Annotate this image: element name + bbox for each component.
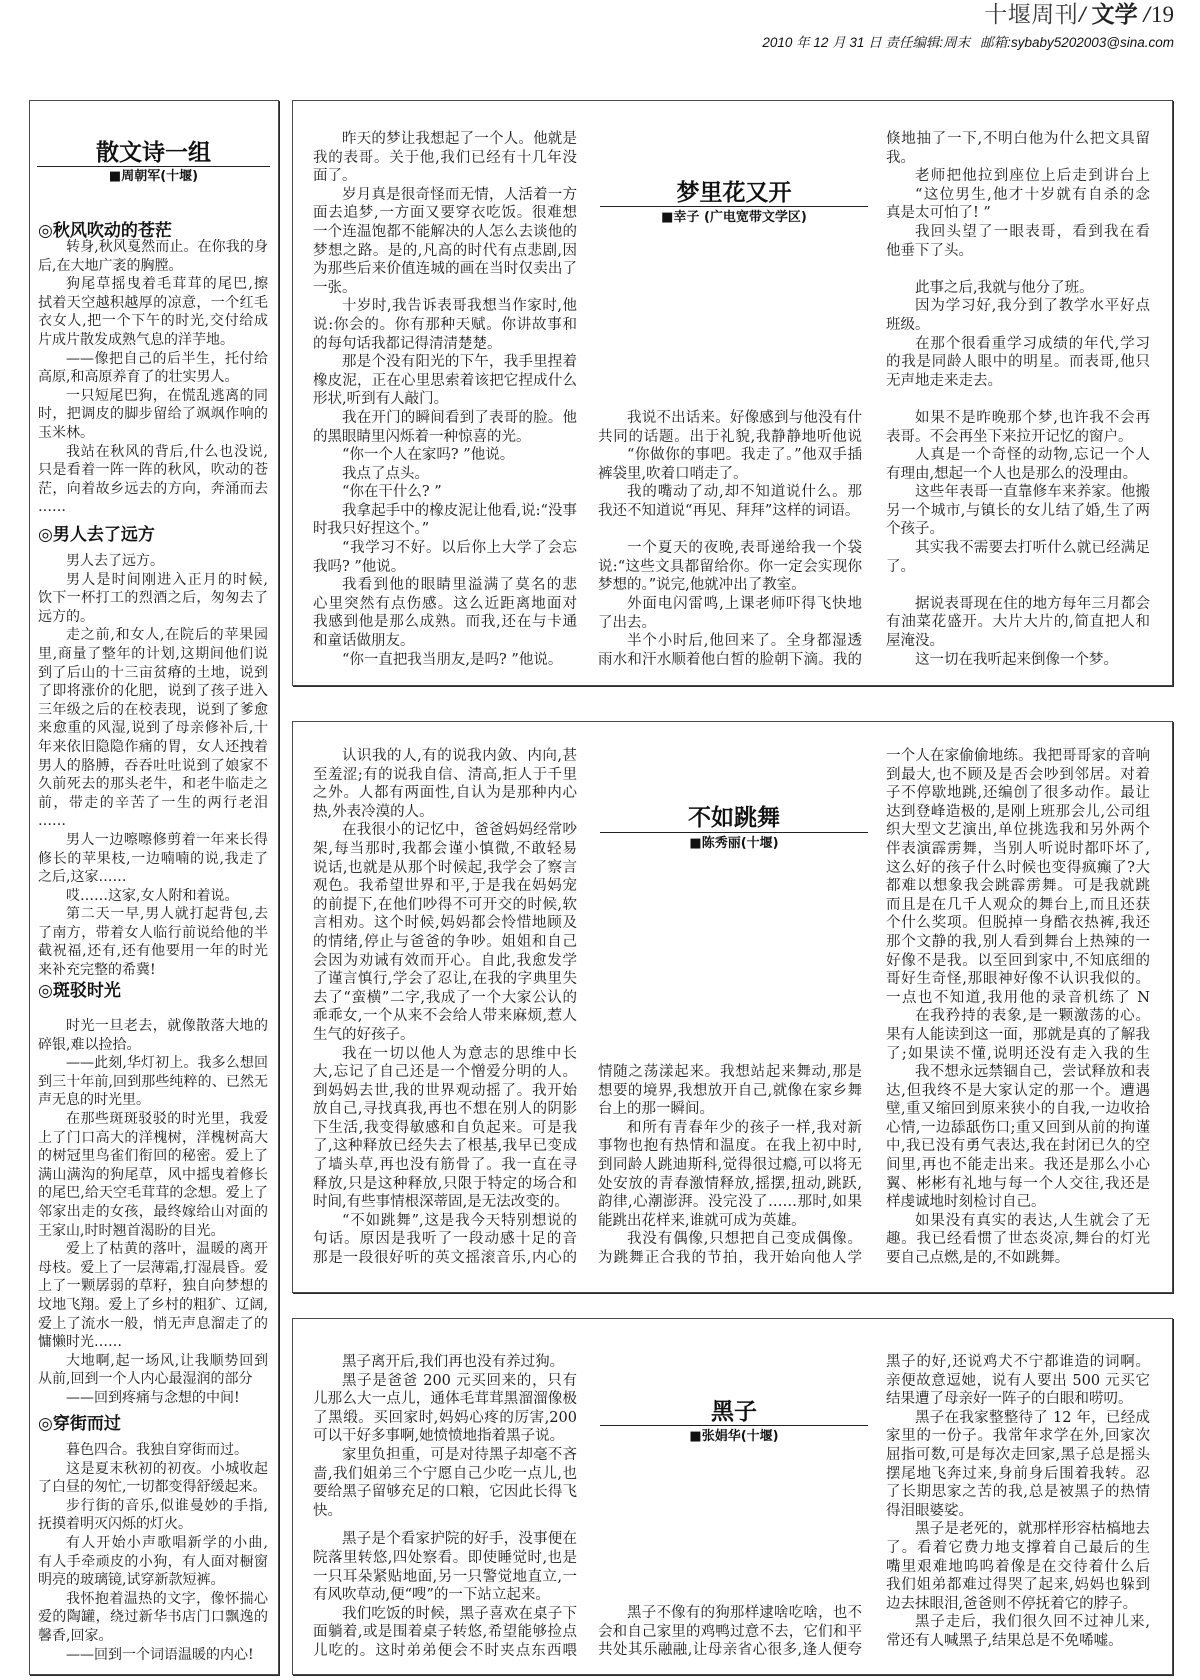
text-line: 得泪眼婆娑。 <box>886 1502 1150 1521</box>
paragraph: 我看到他的眼睛里溢满了莫名的悲伤。心里突然有点伤感。这么近距离地面对他,我感到他… <box>313 576 577 650</box>
text-line: 黑子走后，我们很久回不过神儿来,常 <box>886 1613 1150 1632</box>
paragraph: 因为学习好,我分到了教学水平好点的班级。 <box>886 297 1150 334</box>
paragraph: “你做你的事吧。我走了。”他双手插进裤袋里,吹着口哨走了。 <box>598 446 862 483</box>
text-line: 的树冠里鸟雀们衔回的秘密。爱上了 <box>38 1147 268 1166</box>
paragraph: “你在干什么? ” <box>313 483 577 502</box>
text-line: 那个文静的我,别人看到舞台上热辣的一面 <box>886 933 1150 952</box>
text-line: 的情绪,停止与爸爸的争吵。姐姐和自己也 <box>313 933 577 952</box>
paragraph: 其实我不需要去打听什么就已经满足了。 <box>886 539 1150 576</box>
paragraph: 此事之后,我就与他分了班。 <box>886 279 1150 298</box>
text-line: 裤袋里,吹着口哨走了。 <box>598 465 862 484</box>
text-line: 嘴里艰难地呜呜着像是在交待着什么后事, <box>886 1558 1150 1577</box>
text-line: 摆尾地飞奔过来,身前身后围着我转。忍受 <box>886 1465 1150 1484</box>
text-line: 半个小时后,他回来了。全身都湿透了。 <box>598 632 862 651</box>
text-line: 人真是一个奇怪的动物,忘记一个人没 <box>886 446 1150 465</box>
text-line: 屋淹没。 <box>886 632 1150 651</box>
title-rule <box>600 1425 868 1426</box>
text-line: 时间,有些事情根深蒂固,是无法改变的。 <box>313 1193 577 1212</box>
text-line: 到妈妈去世,我的世界观动摇了。我开始释 <box>313 1082 577 1101</box>
text-line: 了南方，带着女人临行前说给他的半 <box>38 924 268 943</box>
text-line: 黑子在我家整整待了 12 年，已经成了 <box>886 1409 1150 1428</box>
text-line: 会因为劝诫有效而开心。自此,我愈发学会 <box>313 952 577 971</box>
text-line: ——回到一个词语温暖的内心! <box>38 1646 268 1665</box>
paragraph: 在我矜持的表象,是一颗激荡的心。如果有人能读到这一面，那就是真的了解我了;如果读… <box>886 1007 1150 1063</box>
text-line: 无声地走来走去。 <box>886 372 1150 391</box>
text-line: 常还有人喊黑子,结果总是不免唏嘘。 <box>886 1632 1150 1651</box>
paragraph: 时光一旦老去，就像散落大地的碎银,难以捡拾。 <box>38 1017 268 1054</box>
text-line: 心情,一边舔舐伤口;重又回到从前的拘谨 <box>886 1119 1150 1138</box>
text-line: 架,每当那时,我都会谨小慎微,不敢轻易 <box>313 840 577 859</box>
article-byline: ■幸子 (广电宽带文学区) <box>600 209 868 226</box>
text-line: 了。看着它费力地支撑着自己最后的生命, <box>886 1539 1150 1558</box>
paragraph: 我在开门的瞬间看到了表哥的脸。他的黑眼睛里闪烁着一种惊喜的光。 <box>313 409 577 446</box>
paragraph: 黑子是老死的，就那样形容枯槁地去了。看着它费力地支撑着自己最后的生命,嘴里艰难地… <box>886 1520 1150 1613</box>
text-line: 我回头望了一眼表哥，看到我在看他, <box>886 223 1150 242</box>
text-line: 因为学习好,我分到了教学水平好点的 <box>886 297 1150 316</box>
text-line: 了即将涨价的化肥，说到了孩子进入 <box>38 682 268 701</box>
paragraph: 黑子是个看家护院的好手，没事便在院落里转悠,四处察看。即使睡觉时,也是一只耳朵紧… <box>313 1530 577 1604</box>
text-line: 了长期思家之苦的我,总是被黑子的热情弄 <box>886 1483 1150 1502</box>
section-heading: ◎男人去了远方 <box>38 525 268 545</box>
text-line: 为跳舞正合我的节拍，我开始向他人学习, <box>598 1249 862 1268</box>
text-line: 句话。原因是我听了一段动感十足的音乐, <box>313 1230 577 1249</box>
text-line: 而且是在几千人观众的舞台上,而且还获得 <box>886 896 1150 915</box>
text-line: 声无息的时光里。 <box>38 1091 268 1110</box>
text-line: 这一切在我听起来倒像一个梦。 <box>886 651 1150 670</box>
separator: / <box>1079 2 1085 27</box>
paragraph: 男人一边嚓嚓修剪着一年来长得修长的苹果枝,一边喃喃的说,我走了之后,这家…… <box>38 831 268 887</box>
text-line: 事物也抱有热情和温度。在我上初中时,看 <box>598 1137 862 1156</box>
text-line: 玉米林。 <box>38 424 268 443</box>
paragraph: 岁月真是很奇怪而无情，人活着一方面去追梦,一方面又要穿衣吃饭。很难想象一个连温饱… <box>313 186 577 298</box>
paragraph: 在我很小的记忆中，爸爸妈妈经常吵架,每当那时,我都会谨小慎微,不敢轻易说话,也就… <box>313 821 577 1044</box>
text-line: 我。 <box>886 149 1150 168</box>
text-line: 据说表哥现在住的地方每年三月都会 <box>886 595 1150 614</box>
text-line: 从前,回到一个人内心最湿润的部分 <box>38 1370 268 1389</box>
text-line: 去了“蛮横”二字,我成了一个大家公认的 <box>313 989 577 1008</box>
text-line: 倏地抽了一下,不明白他为什么把文具留给 <box>886 130 1150 149</box>
text-line: 上了门口高大的洋槐树，洋槐树高大 <box>38 1129 268 1148</box>
text-line: 修长的苹果枝,一边喃喃的说,我走了 <box>38 850 268 869</box>
text-line: 儿那么大一点儿，通体毛茸茸黑溜溜像极 <box>313 1390 577 1409</box>
text-line: 后,在大地广袤的胸膛。 <box>38 257 268 276</box>
text-line: 十岁时,我告诉表哥我想当作家时,他 <box>313 297 577 316</box>
text-line: 边去抹眼泪,爸爸则不停抚着它的脖子。 <box>886 1595 1150 1614</box>
text-line: 岁月真是很奇怪而无情，人活着一方 <box>313 186 577 205</box>
text-line: 要自己点燃,是的,不如跳舞。 <box>886 1249 1150 1268</box>
text-line: 一个人在家偷偷地练。我把哥哥家的音响开 <box>886 747 1150 766</box>
paragraph: 我回头望了一眼表哥，看到我在看他,他垂下了头。 <box>886 223 1150 260</box>
text-line: 热,外表冷漠的人。 <box>313 803 577 822</box>
text-column: 认识我的人,有的说我内敛、内向,甚至羞涩;有的说我自信、清高,拒人于千里之外。人… <box>313 747 577 1268</box>
text-line: 啬,我们姐弟三个宁愿自己少吃一点儿,也 <box>313 1465 577 1484</box>
text-line: 说:你会的。你有那种天赋。你讲故事和说 <box>313 316 577 335</box>
text-line: 我的嘴动了动,却不知道说什么。那时 <box>598 483 862 502</box>
text-line: 有人开始小声歌唱新学的小曲, <box>38 1534 268 1553</box>
text-line: 步行街的音乐,似谁曼妙的手指, <box>38 1497 268 1516</box>
text-line: 饮下一杯打工的烈酒之后，匆匆去了 <box>38 589 268 608</box>
text-line: 橡皮泥，正在心里思索着该把它捏成什么 <box>313 372 577 391</box>
text-line: 只是看着一阵一阵的秋风，吹动的苍 <box>38 461 268 480</box>
text-line: 一只耳朵紧贴地面,另一只警觉地直立,一 <box>313 1568 577 1587</box>
text-line: 满山满沟的狗尾草，风中摇曳着修长 <box>38 1166 268 1185</box>
text-line: 我吗? ”他说。 <box>313 558 577 577</box>
article-title: 黑子 <box>600 1398 868 1425</box>
text-line: 来愈重的风湿,说到了母亲修补后,十 <box>38 719 268 738</box>
publication-name: 十堰周刊 <box>984 2 1078 27</box>
text-line: 男人的胳膊，吞吞吐吐说到了娘家不 <box>38 757 268 776</box>
paragraph: 我拿起手中的橡皮泥让他看,说:“没事时我只好捏这个。” <box>313 502 577 539</box>
text-line: 来补充完整的希冀! <box>38 961 268 980</box>
text-line: 老师把他拉到座位上后走到讲台上说: <box>886 167 1150 186</box>
title-rule <box>600 832 868 833</box>
text-line: 间里,再也不能走出来。我还是那么小心翼 <box>886 1156 1150 1175</box>
paragraph: 外面电闪雷鸣,上课老师吓得飞快地追了出去。 <box>598 595 862 632</box>
text-line: 时我只好捏这个。” <box>313 520 577 539</box>
text-line: 到同龄人跳迪斯科,觉得很过瘾,可以将无 <box>598 1156 862 1175</box>
text-line: …… <box>38 498 268 517</box>
text-line: 情随之荡漾起来。我想站起来舞动,那是我 <box>598 1063 862 1082</box>
paragraph: 认识我的人,有的说我内敛、内向,甚至羞涩;有的说我自信、清高,拒人于千里之外。人… <box>313 747 577 821</box>
email-address: sybaby5202003@sina.com <box>1011 35 1174 50</box>
article-title: 梦里花又开 <box>600 179 868 206</box>
text-line: 一个夏天的夜晚,表哥递给我一个袋子 <box>598 539 862 558</box>
text-line: 的每句话我都记得清清楚楚。 <box>313 335 577 354</box>
text-line: 面躺着,或是围着桌子转悠,希望能够捡点 <box>313 1623 577 1642</box>
paragraph: 老师把他拉到座位上后走到讲台上说: <box>886 167 1150 186</box>
paragraph: 大地啊,起一场风,让我顺势回到从前,回到一个人内心最湿润的部分 <box>38 1352 268 1389</box>
text-line: 生气的好孩子。 <box>313 1026 577 1045</box>
text-line: 雨水和汗水顺着他白皙的脸朝下滴。我的心 <box>598 651 862 670</box>
paragraph: 黑子在我家整整待了 12 年，已经成了家里的一份子。我常年求学在外,回家次数屈指… <box>886 1409 1150 1521</box>
text-line: 如果不是昨晚那个梦,也许我不会再提 <box>886 409 1150 428</box>
text-column: 一个人在家偷偷地练。我把哥哥家的音响开到最大,也不顾及是否会吵到邻居。对着镜子不… <box>886 747 1150 1268</box>
paragraph: 我们吃饭的时候，黑子喜欢在桌子下面躺着,或是围着桌子转悠,希望能够捡点儿吃的。这… <box>313 1605 577 1661</box>
text-line: 个什么奖项。但脱掉一身酷衣热裤,我还是 <box>886 914 1150 933</box>
text-line: 共同的话题。出于礼貌,我静静地听他说话。 <box>598 428 862 447</box>
paragraph: 一个人在家偷偷地练。我把哥哥家的音响开到最大,也不顾及是否会吵到邻居。对着镜子不… <box>886 747 1150 1007</box>
text-line: 梦想之路。是的,凡高的时代有点悲剧,因 <box>313 242 577 261</box>
text-line: 大地啊,起一场风,让我顺势回到 <box>38 1352 268 1371</box>
text-line: 我们吃饭的时候，黑子喜欢在桌子下 <box>313 1605 577 1624</box>
text-line: 邻家出走的女孩，最终嫁给山对面的 <box>38 1203 268 1222</box>
text-line: ——回到疼痛与念想的中间! <box>38 1389 268 1408</box>
paragraph: 黑子的好,还说鸡犬不宁都谁造的词啊。父亲便故意逗她，说有人要出 500 元买它啊… <box>886 1353 1150 1409</box>
text-column: 昨天的梦让我想起了一个人。他就是我的表哥。关于他,我们已经有十几年没见面了。岁月… <box>313 130 577 669</box>
text-line: 之外。人都有两面性,自认为是那种内心火 <box>313 784 577 803</box>
text-line: 形状,听到有人敲门。 <box>313 390 577 409</box>
text-line: 了出去。 <box>598 614 862 633</box>
section-body: 暮色四合。我独自穿街而过。这是夏末秋初的初夜。小城收起了白昼的匆忙,一切都变得舒… <box>38 1441 268 1664</box>
section-body: 男人去了远方。男人是时间刚进入正月的时候,饮下一杯打工的烈酒之后，匆匆去了远方的… <box>38 552 268 980</box>
text-line: 要给黑子留够充足的口粮，它因此长得飞 <box>313 1483 577 1502</box>
article-title: 不如跳舞 <box>600 804 868 831</box>
text-line: “这位男生,他才十岁就有自杀的念头。 <box>886 186 1150 205</box>
text-line: 的尾巴,给天空毛茸茸的念想。爱上了 <box>38 1184 268 1203</box>
text-line: 黑子离开后,我们再也没有养过狗。 <box>313 1353 577 1372</box>
text-line: 能跳出花样来,谁就可成为英雄。 <box>598 1212 862 1231</box>
paragraph: ——此刻,华灯初上。我多么想回到三十年前,回到那些纯粹的、已然无声无息的时光里。 <box>38 1054 268 1110</box>
paragraph: 黑子离开后,我们再也没有养过狗。 <box>313 1353 577 1372</box>
text-line: 了谨言慎行,学会了忍让,在我的字典里失 <box>313 970 577 989</box>
text-line: 我拿起手中的橡皮泥让他看,说:“没事 <box>313 502 577 521</box>
text-line: 之后,这家…… <box>38 868 268 887</box>
paragraph: “你一个人在家吗? ”他说。 <box>313 446 577 465</box>
paragraph-gap <box>598 521 862 540</box>
text-line: 的黑眼睛里闪烁着一种惊喜的光。 <box>313 428 577 447</box>
section-heading: ◎斑驳时光 <box>38 981 268 1001</box>
text-line: 乖乖女,一个从来不会给人带来麻烦,惹人 <box>313 1007 577 1026</box>
text-line: 爱的陶罐，绕过新华书店门口飘逸的 <box>38 1608 268 1627</box>
paragraph: 步行街的音乐,似谁曼妙的手指,抚摸着明灭闪烁的灯火。 <box>38 1497 268 1534</box>
text-line: “你在干什么? ” <box>313 483 577 502</box>
text-line: 我站在秋风的背后,什么也没说, <box>38 443 268 462</box>
paragraph: 如果没有真实的表达,人生就会了无生趣。我已经看惯了世态炎凉,舞台的灯光需要自己点… <box>886 1212 1150 1268</box>
text-line: 衣女人,把一个下午的时光,交付给成 <box>38 312 268 331</box>
paragraph: 黑子不像有的狗那样逮啥吃啥，也不会和自己家里的鸡鸭过意不去，它们和平共处其乐融融… <box>598 1604 862 1660</box>
text-line: 走之前,和女人,在院后的苹果园 <box>38 626 268 645</box>
text-line: 在我矜持的表象,是一颗激荡的心。如 <box>886 1007 1150 1026</box>
paragraph: 我不想永远禁锢自己，尝试释放和表达,但我终不是大家认定的那一个。遭遇碰壁,重又缩… <box>886 1063 1150 1212</box>
paragraph: 我没有偶像,只想把自己变成偶像。因为跳舞正合我的节拍，我开始向他人学习, <box>598 1230 862 1267</box>
paragraph-gap <box>313 1520 577 1530</box>
paragraph: ——像把自己的后半生，托付给高原,和高原养育了的壮实男人。 <box>38 350 268 387</box>
text-line: 拭着天空越积越厚的凉意，一个红毛 <box>38 294 268 313</box>
section-body: 转身,秋风戛然而止。在你我的身后,在大地广袤的胸膛。狗尾草摇曳着毛茸茸的尾巴,擦… <box>38 238 268 517</box>
text-line: 碎银,难以捡拾。 <box>38 1036 268 1055</box>
text-line: 我还不知道说“再见、拜拜”这样的词语。 <box>598 502 862 521</box>
article-byline: ■陈秀丽(十堰) <box>600 835 868 852</box>
paragraph: 爱上了枯黄的落叶，温暖的离开母枝。爱上了一层薄霜,打湿晨昏。爱上了一颗孱弱的草籽… <box>38 1240 268 1352</box>
paragraph: 在那些斑斑驳驳的时光里，我爱上了门口高大的洋槐树，洋槐树高大的树冠里鸟雀们衔回的… <box>38 1110 268 1240</box>
text-column: 倏地抽了一下,不明白他为什么把文具留给我。老师把他拉到座位上后走到讲台上说:“这… <box>886 130 1150 669</box>
text-line: 我在开门的瞬间看到了表哥的脸。他 <box>313 409 577 428</box>
paragraph: 如果不是昨晚那个梦,也许我不会再提表哥。不会再坐下来拉开记忆的窗户。 <box>886 409 1150 446</box>
text-line: 面了。 <box>313 167 577 186</box>
text-line: 到最大,也不顾及是否会吵到邻居。对着镜 <box>886 766 1150 785</box>
text-line: “你做你的事吧。我走了。”他双手插进 <box>598 446 862 465</box>
paragraph: 一只短尾巴狗，在慌乱逃离的同时，把调皮的脚步留给了飒飒作响的玉米林。 <box>38 387 268 443</box>
text-line: 上了一颗孱弱的草籽，独自向梦想的 <box>38 1277 268 1296</box>
text-line: 远方的。 <box>38 608 268 627</box>
paragraph: 家里负担重，可是对待黑子却毫不吝啬,我们姐弟三个宁愿自己少吃一点儿,也要给黑子留… <box>313 1446 577 1520</box>
text-line: 黑子是老死的，就那样形容枯槁地去 <box>886 1520 1150 1539</box>
text-line: 昨天的梦让我想起了一个人。他就是 <box>313 130 577 149</box>
text-line: ——此刻,华灯初上。我多么想回 <box>38 1054 268 1073</box>
text-line: 黑子是爸爸 200 元买回来的，只有猫 <box>313 1372 577 1391</box>
text-line: 我点了点头。 <box>313 465 577 484</box>
paragraph: 人真是一个奇怪的动物,忘记一个人没有理由,想起一个人也是那么的没理由。 <box>886 446 1150 483</box>
paragraph: 那是个没有阳光的下午，我手里捏着橡皮泥，正在心里思索着该把它捏成什么形状,听到有… <box>313 353 577 409</box>
text-line: 第二天一早,男人就打起背包,去 <box>38 905 268 924</box>
text-line: 结果遭了母亲好一阵子的白眼和唠叨。 <box>886 1390 1150 1409</box>
text-line: 韵律,心潮澎湃。没完没了……那时,如果谁 <box>598 1193 862 1212</box>
paragraph-gap <box>886 576 1150 595</box>
text-line: 慵懒时光…… <box>38 1333 268 1352</box>
text-line: “我学习不好。以后你上大学了会忘记 <box>313 539 577 558</box>
paragraph: 倏地抽了一下,不明白他为什么把文具留给我。 <box>886 130 1150 167</box>
text-line: 有人手牵顽皮的小狗，有人面对橱窗 <box>38 1553 268 1572</box>
text-line: 坟地飞翔。爱上了乡村的粗犷、辽阔, <box>38 1296 268 1315</box>
text-column: 黑子的好,还说鸡犬不宁都谁造的词啊。父亲便故意逗她，说有人要出 500 元买它啊… <box>886 1353 1150 1651</box>
text-line: 我感到他是那么成熟。而我,还在与卡通画 <box>313 613 577 632</box>
text-line: ——像把自己的后半生，托付给 <box>38 350 268 369</box>
text-line: 高原,和高原养育了的壮实男人。 <box>38 368 268 387</box>
text-line: 一只短尾巴狗，在慌乱逃离的同 <box>38 387 268 406</box>
paragraph: 我说不出话来。好像感到与他没有什么共同的话题。出于礼貌,我静静地听他说话。 <box>598 409 862 446</box>
paragraph: 我点了点头。 <box>313 465 577 484</box>
text-line: 大,忘记了自己还是一个憎爱分明的人。直 <box>313 1063 577 1082</box>
text-line: 馨香,回家。 <box>38 1627 268 1646</box>
paragraph: “我学习不好。以后你上大学了会忘记我吗? ”他说。 <box>313 539 577 576</box>
text-line: 面去追梦,一方面又要穿衣吃饭。很难想象 <box>313 204 577 223</box>
text-line: 了。 <box>886 558 1150 577</box>
text-line: 爱上了流水一般，悄无声息溜走了的 <box>38 1315 268 1334</box>
text-line: 样虔诚地时刻检讨自己。 <box>886 1193 1150 1212</box>
text-line: 都难以想象我会跳霹雳舞。可是我就跳了, <box>886 877 1150 896</box>
text-line: 儿吃的。这时弟弟便会不时夹点东西喂它。 <box>313 1642 577 1661</box>
text-line: 他垂下了头。 <box>886 242 1150 261</box>
text-line: 暮色四合。我独自穿街而过。 <box>38 1441 268 1460</box>
text-column: 情随之荡漾起来。我想站起来舞动,那是我想要的境界,我想放开自己,就像在家乡舞台上… <box>598 1063 862 1268</box>
paragraph: “不如跳舞”,这是我今天特别想说的一句话。原因是我听了一段动感十足的音乐,那是一… <box>313 1212 577 1268</box>
text-line: 我没有偶像,只想把自己变成偶像。因 <box>598 1230 862 1249</box>
text-line: 院落里转悠,四处察看。即使睡觉时,也是 <box>313 1549 577 1568</box>
paragraph: 狗尾草摇曳着毛茸茸的尾巴,擦拭着天空越积越厚的凉意，一个红毛衣女人,把一个下午的… <box>38 275 268 349</box>
text-line: 茫，向着故乡远去的方向，奔涌而去 <box>38 480 268 499</box>
text-line: 的我是同龄人眼中的明星。而表哥,他只是 <box>886 353 1150 372</box>
issue-date: 2010 年 12 月 31 日 <box>762 35 881 50</box>
text-line: 了黑缎。买回家时,妈妈心疼的厉害,200 元 <box>313 1409 577 1428</box>
title-rule <box>37 166 270 167</box>
paragraph: 在那个很看重学习成绩的年代,学习好的我是同龄人眼中的明星。而表哥,他只是无声地走… <box>886 335 1150 391</box>
text-line: 到了后山的十三亩贫瘠的土地，说到 <box>38 664 268 683</box>
text-line: 男人去了远方。 <box>38 552 268 571</box>
text-line: 壁,重又缩回到原来狭小的自我,一边收拾 <box>886 1100 1150 1119</box>
article-byline: ■张娟华(十堰) <box>600 1428 868 1445</box>
text-line: 好像不是我。以至回到家中,不知底细的哥 <box>886 952 1150 971</box>
text-line: 前，带走的辛苦了一生的两行老泪 <box>38 794 268 813</box>
text-line: 有油菜花盛开。大片大片的,简直把人和房 <box>886 613 1150 632</box>
text-line: 我在一切以他人为意志的思维中长 <box>313 1045 577 1064</box>
paragraph: 情随之荡漾起来。我想站起来舞动,那是我想要的境界,我想放开自己,就像在家乡舞台上… <box>598 1063 862 1119</box>
paragraph: 暮色四合。我独自穿街而过。 <box>38 1441 268 1460</box>
text-line: 时光一旦老去，就像散落大地的 <box>38 1017 268 1036</box>
text-line: 狗尾草摇曳着毛茸茸的尾巴,擦 <box>38 275 268 294</box>
paragraph-gap <box>886 260 1150 279</box>
paragraph: 这是夏末秋初的初夜。小城收起了白昼的匆忙,一切都变得舒缓起来。 <box>38 1460 268 1497</box>
text-line: 片成片散发成熟气息的洋芋地。 <box>38 331 268 350</box>
text-line: 亲便故意逗她，说有人要出 500 元买它啊, <box>886 1372 1150 1391</box>
text-line: 截祝福,还有,还有他要用一年的时光 <box>38 942 268 961</box>
paragraph: 男人去了远方。 <box>38 552 268 571</box>
paragraph-gap <box>886 390 1150 409</box>
text-line: 趣。我已经看惯了世态炎凉,舞台的灯光需 <box>886 1230 1150 1249</box>
text-line: 家里负担重，可是对待黑子却毫不吝 <box>313 1446 577 1465</box>
paragraph: ——回到疼痛与念想的中间! <box>38 1389 268 1408</box>
text-line: 中,我已没有勇气表达,我在封闭已久的空 <box>886 1137 1150 1156</box>
text-line: 这些年表哥一直靠修车来养家。他搬到 <box>886 483 1150 502</box>
text-line: 王家山,时时翘首渴盼的目光。 <box>38 1222 268 1241</box>
article-title: 散文诗一组 <box>37 139 270 166</box>
text-line: 哥好生奇怪,那眼神好像不认识我似的。他 <box>886 970 1150 989</box>
text-line: 放自己,寻找真我,再也不想在别人的阴影 <box>313 1100 577 1119</box>
paragraph: 我的嘴动了动,却不知道说什么。那时我还不知道说“再见、拜拜”这样的词语。 <box>598 483 862 520</box>
text-line: 快。 <box>313 1502 577 1521</box>
paragraph: 我怀抱着温热的文字，像怀揣心爱的陶罐，绕过新华书店门口飘逸的馨香,回家。 <box>38 1590 268 1646</box>
text-line: 这是夏末秋初的初夜。小城收起 <box>38 1460 268 1479</box>
text-line: 我说不出话来。好像感到与他没有什么 <box>598 409 862 428</box>
text-line: 言相劝。这个时候,妈妈都会怜惜地顾及我 <box>313 914 577 933</box>
text-line: 抚摸着明灭闪烁的灯火。 <box>38 1515 268 1534</box>
text-line: 果有人能读到这一面，那就是真的了解我 <box>886 1026 1150 1045</box>
page-number: 19 <box>1151 2 1174 27</box>
text-line: …… <box>38 812 268 831</box>
article-byline: ■周朝军(十堰) <box>37 168 270 185</box>
text-line: 至羞涩;有的说我自信、清高,拒人于千里 <box>313 766 577 785</box>
paragraph: 第二天一早,男人就打起背包,去了南方，带着女人临行前说给他的半截祝福,还有,还有… <box>38 905 268 979</box>
text-line: 共处其乐融融,让母亲省心很多,逢人便夸 <box>598 1641 862 1660</box>
text-line: 在那个很看重学习成绩的年代,学习好 <box>886 335 1150 354</box>
paragraph: 据说表哥现在住的地方每年三月都会有油菜花盛开。大片大片的,简直把人和房屋淹没。 <box>886 595 1150 651</box>
text-line: 外面电闪雷鸣,上课老师吓得飞快地追 <box>598 595 862 614</box>
text-line: 有理由,想起一个人也是那么的没理由。 <box>886 465 1150 484</box>
text-line: 男人是时间刚进入正月的时候, <box>38 571 268 590</box>
text-line: 班级。 <box>886 316 1150 335</box>
text-line: 这么好的孩子什么时候也变得疯癫了?大家 <box>886 859 1150 878</box>
text-line: 此事之后,我就与他分了班。 <box>886 279 1150 298</box>
text-line: 的前提下,在他们吵得不可开交的时候,软 <box>313 896 577 915</box>
text-line: 有风吹草动,便“嗖”的一下站立起来。 <box>313 1586 577 1605</box>
paragraph: 哎……这家,女人附和着说。 <box>38 887 268 906</box>
masthead: 十堰周刊/文学/19 <box>984 0 1174 30</box>
text-line: 哎……这家,女人附和着说。 <box>38 887 268 906</box>
text-line: 释放,只是这种释放,只限于特定的场合和 <box>313 1175 577 1194</box>
text-line: 爱上了枯黄的落叶，温暖的离开 <box>38 1240 268 1259</box>
text-line: 织大型文艺演出,单位挑选我和另外两个伙 <box>886 821 1150 840</box>
title-rule <box>600 206 868 207</box>
text-line: 在我很小的记忆中，爸爸妈妈经常吵 <box>313 821 577 840</box>
text-line: 达到登峰造极的,是刚上班那会儿,公司组 <box>886 803 1150 822</box>
paragraph: 我站在秋风的背后,什么也没说,只是看着一阵一阵的秋风，吹动的苍茫，向着故乡远去的… <box>38 443 268 517</box>
text-line: 三年级之后的在校表现，说到了爹愈 <box>38 701 268 720</box>
text-line: 黑子是个看家护院的好手，没事便在 <box>313 1530 577 1549</box>
editor-label: 责任编辑: <box>885 35 943 50</box>
text-line: 久前死去的那头老牛，和老牛临走之 <box>38 775 268 794</box>
paragraph: “你一直把我当朋友,是吗? ”他说。 <box>313 651 577 670</box>
email-label: 邮箱: <box>980 35 1011 50</box>
text-line: 想要的境界,我想放开自己,就像在家乡舞 <box>598 1082 862 1101</box>
text-line: 年来依旧隐隐作痛的胃，女人还拽着 <box>38 738 268 757</box>
text-line: 里,商量了整年的计划,这期间他们说 <box>38 645 268 664</box>
text-column: 黑子不像有的狗那样逮啥吃啥，也不会和自己家里的鸡鸭过意不去，它们和平共处其乐融融… <box>598 1604 862 1660</box>
text-line: “不如跳舞”,这是我今天特别想说的一 <box>313 1212 577 1231</box>
text-line: 其实我不需要去打听什么就已经满足 <box>886 539 1150 558</box>
text-line: 翼、彬彬有礼地与每一个人交往,我还是那 <box>886 1175 1150 1194</box>
paragraph: 这些年表哥一直靠修车来养家。他搬到另一个城市,与镇长的女儿结了婚,生了两个孩子。 <box>886 483 1150 539</box>
text-line: 我看到他的眼睛里溢满了莫名的悲伤。 <box>313 576 577 595</box>
text-line: 了白昼的匆忙,一切都变得舒缓起来。 <box>38 1478 268 1497</box>
paragraph: 我在一切以他人为意志的思维中长大,忘记了自己还是一个憎爱分明的人。直到妈妈去世,… <box>313 1045 577 1212</box>
text-column: 黑子离开后,我们再也没有养过狗。黑子是爸爸 200 元买回来的，只有猫儿那么大一… <box>313 1353 577 1661</box>
paragraph: “这位男生,他才十岁就有自杀的念头。真是太可怕了! ” <box>886 186 1150 223</box>
text-line: 黑子的好,还说鸡犬不宁都谁造的词啊。父 <box>886 1353 1150 1372</box>
text-line: 处安放的青春激情释放,摇摆,扭动,跳跃, <box>598 1175 862 1194</box>
text-line: 台上的那一瞬间。 <box>598 1100 862 1119</box>
paragraph: 走之前,和女人,在院后的苹果园里,商量了整年的计划,这期间他们说到了后山的十三亩… <box>38 626 268 831</box>
text-line: 明亮的玻璃镜,试穿新款短裤。 <box>38 1571 268 1590</box>
text-line: 另一个城市,与镇长的女儿结了婚,生了两 <box>886 502 1150 521</box>
